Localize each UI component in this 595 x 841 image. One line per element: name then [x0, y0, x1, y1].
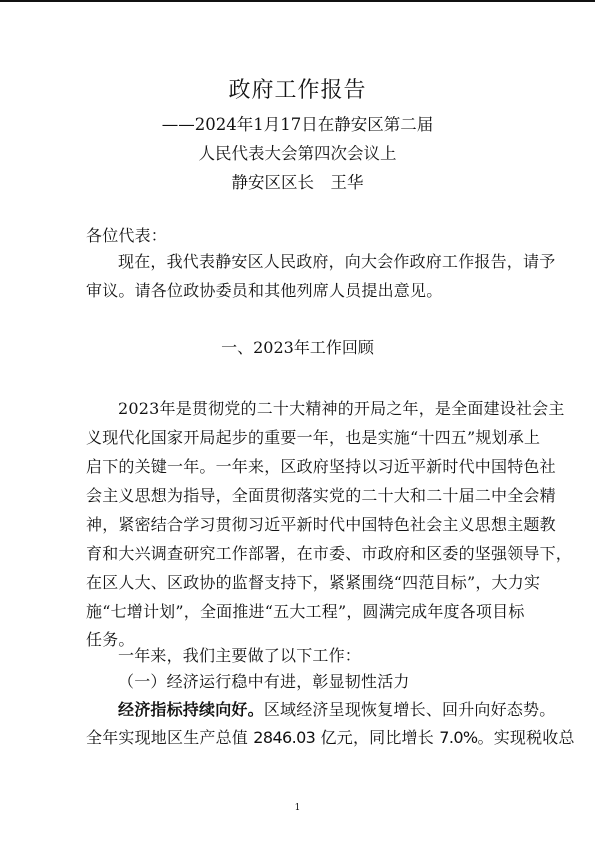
paragraph-line: 会主义思想为指导，全面贯彻落实党的二十大和二十届二中全会精	[86, 488, 556, 504]
gdp-label: 全年实现地区生产总值	[86, 728, 253, 747]
subsection-heading: （一）经济运行稳中有进，彰显韧性活力	[118, 674, 410, 690]
document-title: 政府工作报告	[0, 80, 595, 102]
work-intro: 一年来，我们主要做了以下工作：	[118, 648, 361, 664]
paragraph-line: 育和大兴调查研究工作部署，在市委、市政府和区委的坚强领导下，	[86, 546, 572, 562]
paragraph-line: 在区人大、区政协的监督支持下，紧紧围绕“四范目标”，大力实	[86, 575, 540, 591]
intro-line-1: 现在，我代表静安区人民政府，向大会作政府工作报告，请予	[118, 254, 555, 270]
salutation: 各位代表：	[86, 228, 167, 244]
subtitle-meeting-line: 人民代表大会第四次会议上	[0, 146, 595, 163]
subtitle-speaker-line: 静安区区长 王华	[0, 175, 595, 192]
section-heading: 一、2023年工作回顾	[0, 340, 595, 356]
bold-lead-phrase: 经济指标持续向好。	[118, 700, 264, 719]
paragraph-line: 义现代化国家开局起步的重要一年，也是实施“十四五”规划承上	[86, 430, 540, 446]
page-top-border	[0, 0, 595, 2]
paragraph-line: 神，紧密结合学习贯彻习近平新时代中国特色社会主义思想主题教	[86, 517, 556, 533]
tax-text: 。实现税收总	[478, 728, 575, 747]
growth-label: 亿元，同比增长	[315, 728, 439, 747]
economy-paragraph-line-1: 经济指标持续向好。区域经济呈现恢复增长、回升向好态势。	[118, 702, 555, 718]
economy-text: 区域经济呈现恢复增长、回升向好态势。	[264, 700, 556, 719]
gdp-value: 2846.03	[253, 728, 315, 747]
page-number: 1	[0, 804, 595, 813]
intro-line-2: 审议。请各位政协委员和其他列席人员提出意见。	[86, 283, 442, 299]
paragraph-line: 2023年是贯彻党的二十大精神的开局之年，是全面建设社会主	[118, 401, 565, 417]
economy-paragraph-line-2: 全年实现地区生产总值 2846.03 亿元，同比增长 7.0%。实现税收总	[86, 730, 575, 746]
paragraph-line: 启下的关键一年。一年来，区政府坚持以习近平新时代中国特色社	[86, 459, 556, 475]
paragraph-line: 施“七增计划”，全面推进“五大工程”，圆满完成年度各项目标	[86, 604, 525, 620]
subtitle-date-line: ——2024年1月17日在静安区第二届	[0, 117, 595, 134]
growth-value: 7.0%	[439, 728, 477, 747]
